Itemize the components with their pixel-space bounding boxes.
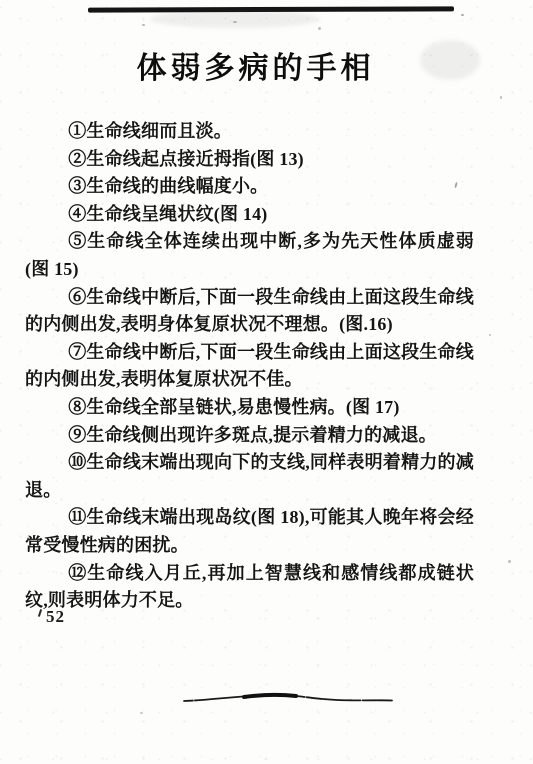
body-text: ①生命线细而且淡。 ②生命线起点接近拇指(图 13) ③生命线的曲线幅度小。 ④… (25, 118, 474, 615)
list-item-11: ⑪生命线末端出现岛纹(图 18),可能其人晚年将会经常受慢性病的困扰。 (25, 504, 474, 559)
list-item-4: ④生命线呈绳状纹(图 14) (25, 201, 474, 229)
scan-noise-speck (489, 334, 491, 336)
scan-smudge (150, 10, 320, 28)
page-number: 52 (46, 607, 65, 627)
scan-noise-speck (500, 96, 502, 99)
list-item-12: ⑫生命线入月丘,再加上智慧线和感情线都成链状纹,则表明体力不足。 (25, 560, 474, 615)
list-item-10: ⑩生命线末端出现向下的支线,同样表明着精力的减退。 (25, 449, 474, 504)
list-item-1: ①生命线细而且淡。 (25, 118, 474, 146)
scan-artifact-underline (182, 690, 394, 708)
scan-noise-speck (140, 712, 143, 714)
list-item-9: ⑨生命线侧出现许多斑点,提示着精力的减退。 (25, 422, 474, 450)
scan-noise-speck (508, 560, 511, 563)
scan-noise-speck (461, 14, 464, 16)
list-item-7: ⑦生命线中断后,下面一段生命线由上面这段生命线的内侧出发,表明体复原状况不佳。 (25, 339, 474, 394)
list-item-5: ⑤生命线全体连续出现中断,多为先天性体质虚弱(图 15) (25, 228, 474, 283)
list-item-8: ⑧生命线全部呈链状,易患慢性病。(图 17) (25, 394, 474, 422)
list-item-6: ⑥生命线中断后,下面一段生命线由上面这段生命线的内侧出发,表明身体复原状况不理想… (25, 284, 474, 339)
scan-noise-speck (233, 21, 237, 23)
list-item-2: ②生命线起点接近拇指(图 13) (25, 146, 474, 174)
scan-noise-speck (318, 27, 321, 30)
scan-noise-speck (142, 24, 145, 26)
scanned-book-page: 体弱多病的手相 ①生命线细而且淡。 ②生命线起点接近拇指(图 13) ③生命线的… (0, 0, 533, 764)
page-number-value: 52 (46, 607, 65, 626)
list-item-3: ③生命线的曲线幅度小。 (25, 173, 474, 201)
page-title: 体弱多病的手相 (0, 48, 511, 90)
